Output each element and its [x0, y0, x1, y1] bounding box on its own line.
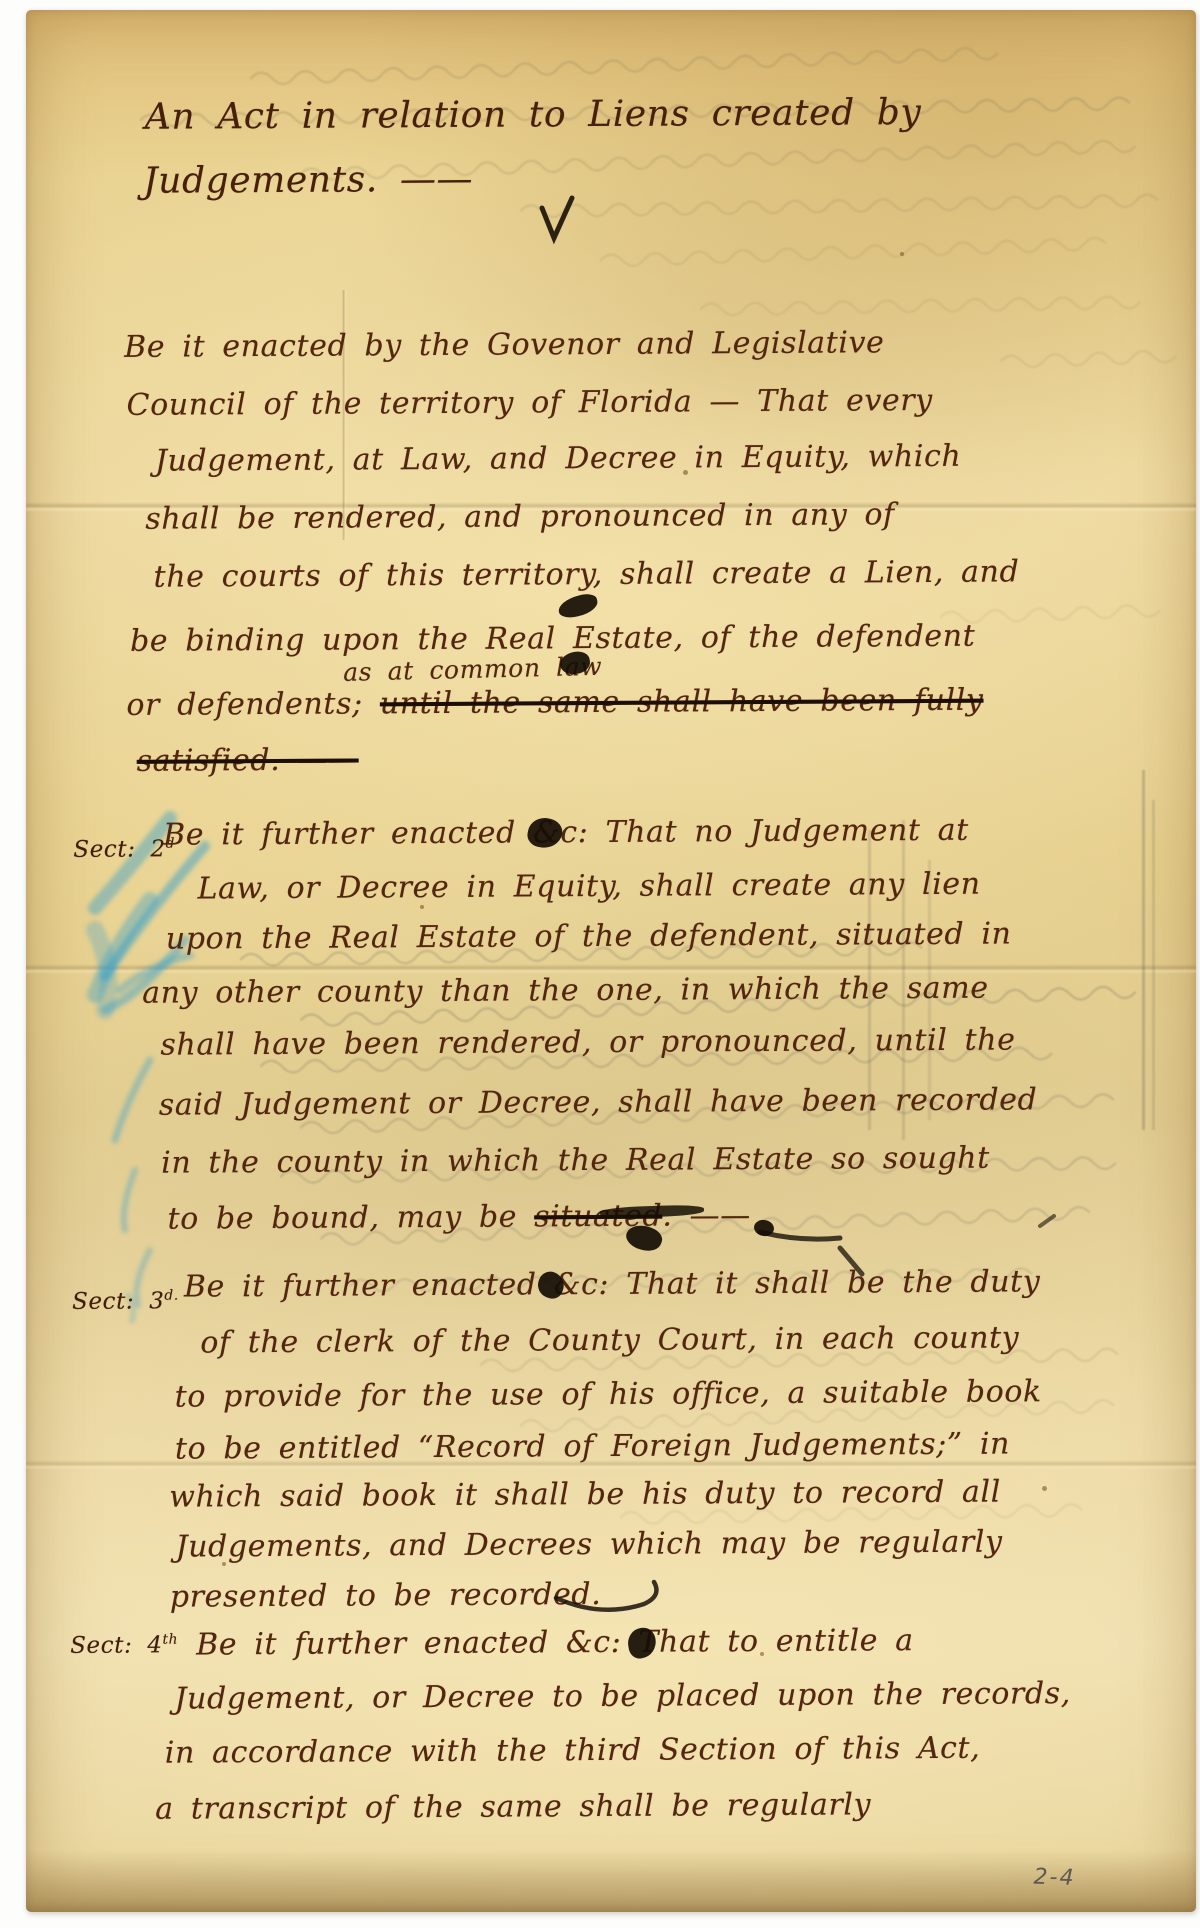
line-normal-segment: or defendents; — [126, 686, 363, 722]
manuscript-line: in accordance with the third Section of … — [165, 1730, 981, 1773]
title-line-2: Judgements. —— — [143, 161, 473, 201]
foxing-spot — [1042, 1486, 1047, 1491]
manuscript-line: presented to be recorded. — [170, 1576, 602, 1617]
section-4-label: Sect: 4th — [70, 1621, 178, 1665]
title-line-1: An Act in relation to Liens created by — [145, 94, 922, 137]
manuscript-line: Be it enacted by the Govenor and Legisla… — [124, 324, 884, 367]
scanned-document-page: An Act in relation to Liens created by J… — [0, 0, 1200, 1928]
manuscript-line: shall be rendered, and pronounced in any… — [145, 496, 895, 539]
manuscript-line: Be it further enacted &c: That no Judgem… — [163, 812, 969, 855]
manuscript-line: Law, or Decree in Equity, shall create a… — [197, 866, 980, 909]
manuscript-line: any other county than the one, in which … — [142, 970, 989, 1013]
manuscript-line: Be it further enacted &c: That to entitl… — [196, 1622, 914, 1664]
struck-text: until the same shall have been fully — [380, 683, 984, 722]
manuscript-text-layer: An Act in relation to Liens created by J… — [0, 0, 1200, 1928]
foxing-spot — [900, 252, 904, 256]
manuscript-line: to be entitled “Record of Foreign Judgem… — [175, 1426, 1010, 1469]
manuscript-line: Be it further enacted &c: That it shall … — [184, 1263, 1041, 1306]
struck-text: satisfied. —— — [137, 742, 359, 778]
manuscript-line: Judgement, at Law, and Decree in Equity,… — [155, 438, 962, 481]
manuscript-line: in the county in which the Real Estate s… — [161, 1140, 990, 1183]
manuscript-line: said Judgement or Decree, shall have bee… — [159, 1081, 1038, 1124]
manuscript-line: or defendents; until the same shall have… — [126, 682, 983, 725]
manuscript-line: to provide for the use of his office, a … — [175, 1373, 1042, 1416]
foxing-spot — [420, 905, 424, 909]
section-2-label: Sect: 2d — [73, 825, 175, 869]
manuscript-line: Judgement, or Decree to be placed upon t… — [174, 1675, 1071, 1718]
manuscript-line: Council of the territory of Florida — Th… — [126, 382, 932, 425]
foxing-spot — [222, 1562, 226, 1566]
manuscript-line: which said book it shall be his duty to … — [169, 1474, 1001, 1517]
manuscript-line: of the clerk of the County Court, in eac… — [200, 1319, 1019, 1362]
foxing-spot — [683, 470, 688, 475]
manuscript-line: the courts of this territory, shall crea… — [154, 553, 1020, 596]
page-number-pencil: 2-4 — [1033, 1859, 1076, 1898]
manuscript-line: Judgements, and Decrees which may be reg… — [175, 1524, 1002, 1567]
foxing-spot — [760, 1652, 764, 1656]
line-normal-segment: to be bound, may be — [167, 1200, 517, 1237]
manuscript-line: satisfied. —— — [137, 741, 359, 780]
manuscript-line: upon the Real Estate of the defendent, s… — [166, 915, 1012, 958]
manuscript-line: shall have been rendered, or pronounced,… — [160, 1021, 1015, 1064]
manuscript-line: to be bound, may be situated. —— — [167, 1197, 750, 1239]
section-3-label: Sect: 3d. — [72, 1277, 179, 1321]
manuscript-line: a transcript of the same shall be regula… — [155, 1786, 871, 1828]
